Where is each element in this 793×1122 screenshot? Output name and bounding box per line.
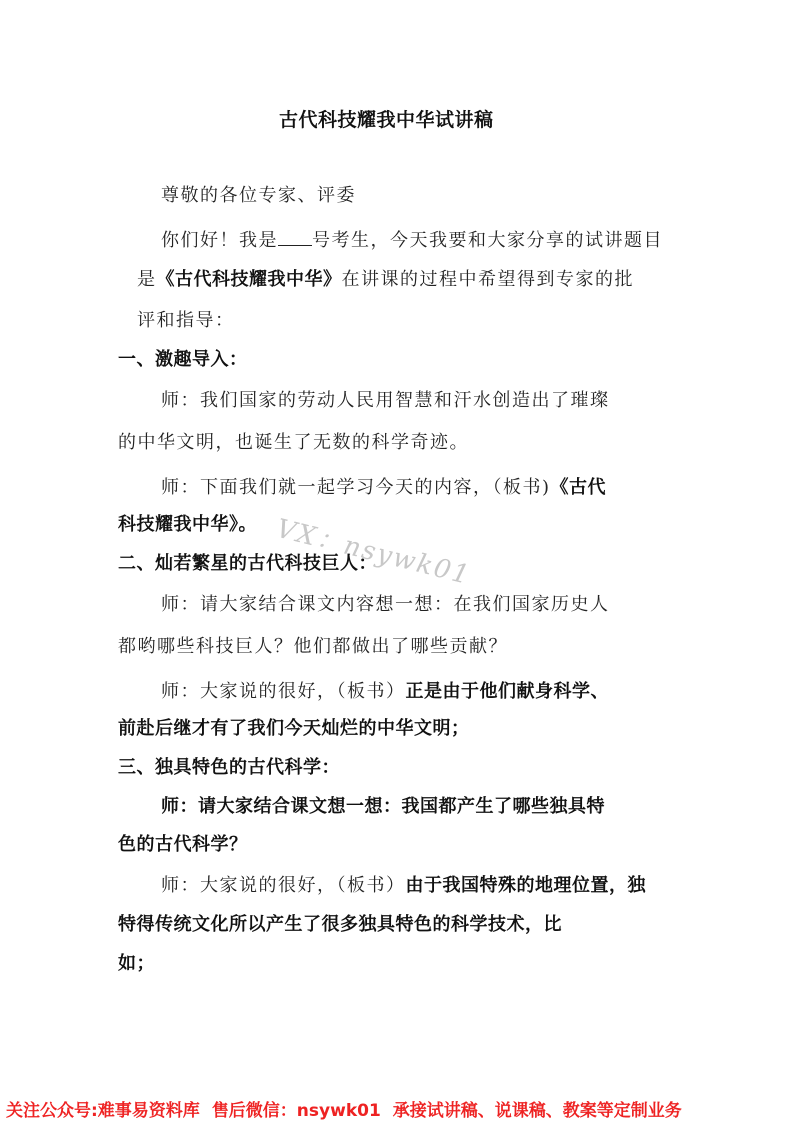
section-3-p2-line1: 师：大家说的很好，（板书）由于我国特殊的地理位置，独 [161,874,646,898]
candidate-number-blank [278,229,312,246]
section-3-p2-line2: 特得传统文化所以产生了很多独具特色的科学技术，比 [118,913,562,937]
section-1-p2-normal: 师：下面我们就一起学习今天的内容，（板书) [161,477,551,498]
intro-line-3: 评和指导： [137,309,235,333]
lesson-title-ref: 《古代科技耀我中华》 [157,269,342,290]
footer-service-offer: 承接试讲稿、说课稿、教案等定制业务 [393,1101,682,1121]
section-1-p1-line2: 的中华文明，也诞生了无数的科学奇迹。 [118,431,469,455]
section-3-p2-normal: 师：大家说的很好，（板书） [161,875,406,896]
section-3-p1-line2: 色的古代科学？ [118,833,248,857]
section-heading-1: 一、激趣导入： [118,348,248,372]
intro-text-b: 号考生，今天我要和大家分享的试讲题目 [312,230,663,251]
intro-line-1: 你们好！我是号考生，今天我要和大家分享的试讲题目 [161,229,663,253]
intro-suffix: 在讲课的过程中希望得到专家的批 [342,269,635,290]
greeting: 尊敬的各位专家、评委 [161,184,356,208]
section-3-p2-bold: 由于我国特殊的地理位置，独 [406,875,647,896]
section-1-p1-line1: 师：我们国家的劳动人民用智慧和汗水创造出了璀璨 [161,389,610,413]
intro-prefix: 是 [137,269,157,290]
section-2-p2-bold: 正是由于他们献身科学、 [406,681,610,702]
intro-text-a: 你们好！我是 [161,230,278,251]
section-1-p2-line2: 科技耀我中华》。 [118,513,257,537]
section-2-p2-line1: 师：大家说的很好，（板书）正是由于他们献身科学、 [161,680,609,704]
section-1-p2-bold: 《古代 [551,477,607,498]
section-3-p2-line3: 如； [118,952,155,976]
section-2-p2-line2: 前赴后继才有了我们今天灿烂的中华文明； [118,717,470,741]
watermark: VX：nsywk01 [273,508,475,592]
section-heading-3: 三、独具特色的古代科学： [118,756,340,780]
intro-line-2: 是《古代科技耀我中华》在讲课的过程中希望得到专家的批 [137,268,634,292]
section-3-p1-line1: 师：请大家结合课文想一想：我国都产生了哪些独具特 [161,795,605,819]
footer-aftersales-contact: 售后微信：nsywk01 [212,1101,381,1121]
section-2-p1-line2: 都哟哪些科技巨人？他们都做出了哪些贡献？ [118,635,508,659]
document-title: 古代科技耀我中华试讲稿 [279,108,494,132]
footer-banner: 关注公众号:难事易资料库售后微信：nsywk01承接试讲稿、说课稿、教案等定制业… [6,1096,694,1121]
document-page: 古代科技耀我中华试讲稿 尊敬的各位专家、评委 你们好！我是号考生，今天我要和大家… [0,0,793,1122]
footer-wechat-account: 关注公众号:难事易资料库 [6,1101,200,1121]
section-2-p1-line1: 师：请大家结合课文内容想一想：在我们国家历史人 [161,593,610,617]
section-1-p2-line1: 师：下面我们就一起学习今天的内容，（板书)《古代 [161,476,606,500]
section-2-p2-normal: 师：大家说的很好，（板书） [161,681,406,702]
